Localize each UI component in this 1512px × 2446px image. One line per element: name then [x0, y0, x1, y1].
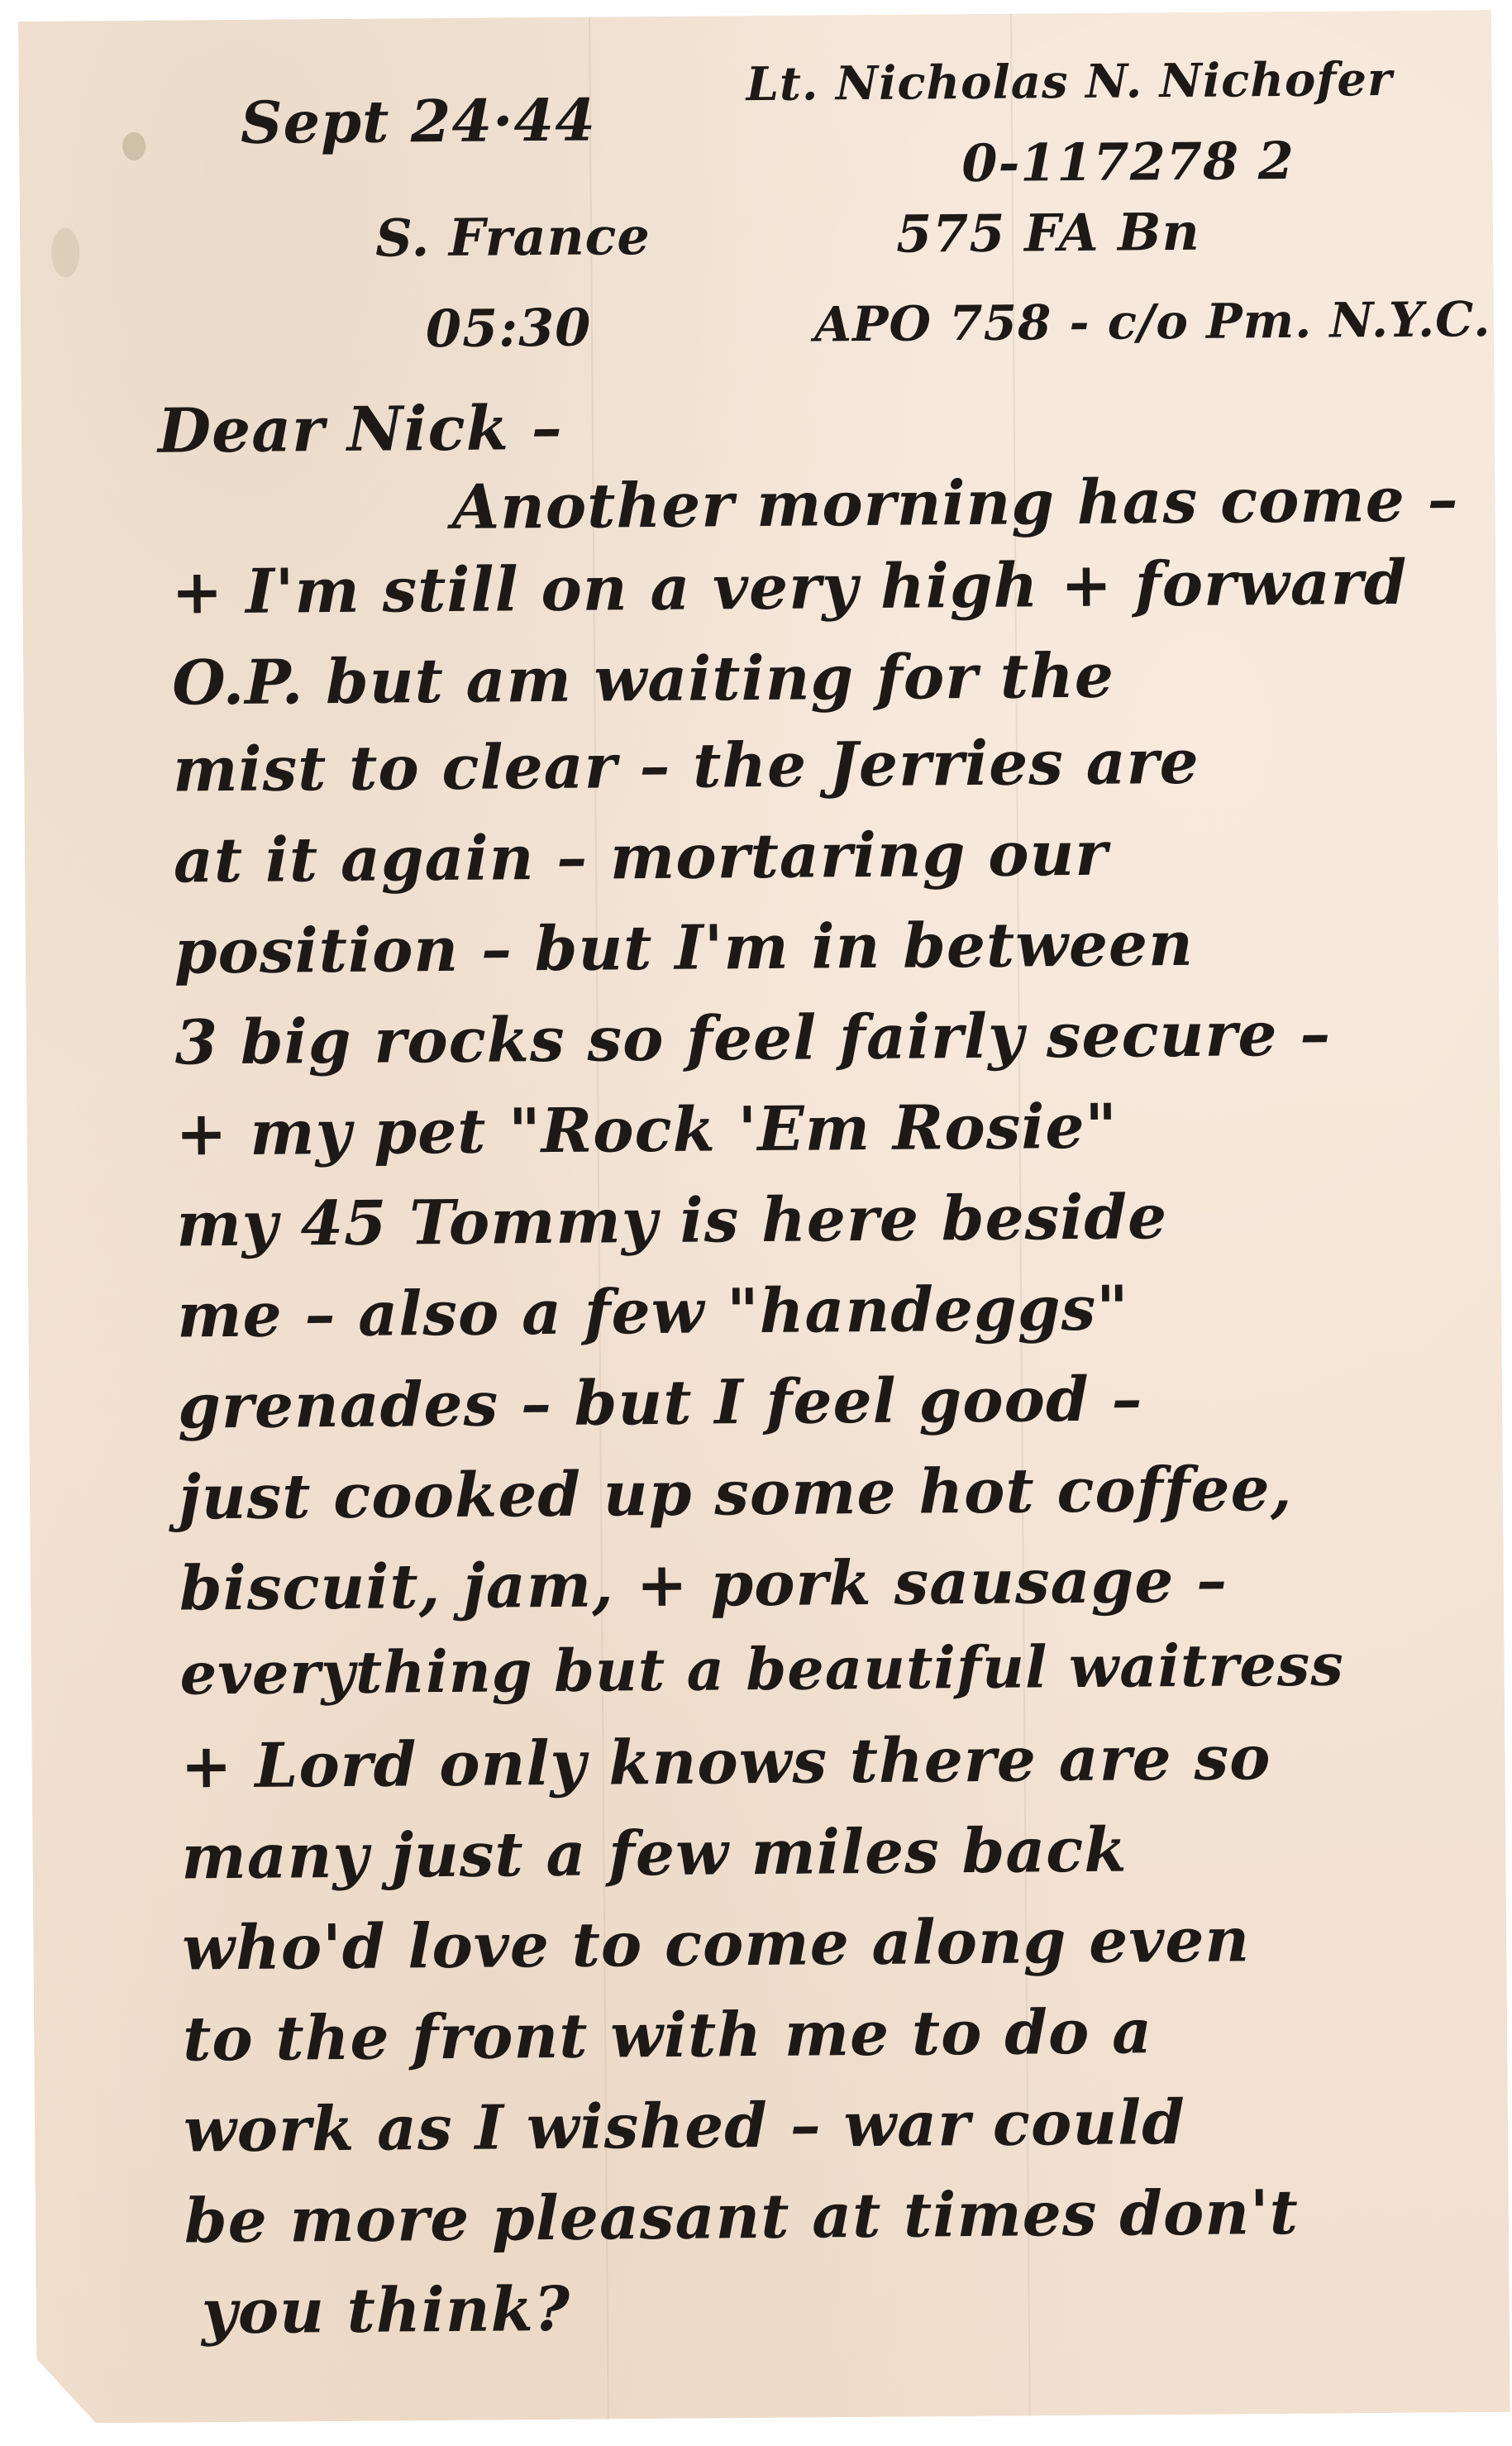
letter-line: + Lord only knows there are so — [180, 1727, 1271, 1797]
letter-time: 05:30 — [426, 303, 592, 356]
letter-line: O.P. but am waiting for the — [172, 646, 1114, 714]
folded-corner — [36, 2365, 95, 2424]
letter-line: be more pleasant at times don't — [184, 2182, 1300, 2253]
letter-line: at it again – mortaring our — [174, 824, 1109, 892]
letter-line: my 45 Tommy is here beside — [176, 1187, 1167, 1255]
letter-greeting: Dear Nick – — [158, 398, 563, 462]
letter-line: many just a few miles back — [181, 1820, 1128, 1889]
paper-stain — [51, 227, 79, 277]
letter-line: biscuit, jam, + pork sausage – — [179, 1550, 1228, 1620]
sender-serial: 0-117278 2 — [961, 136, 1295, 189]
paper-stain — [122, 132, 145, 160]
letter-line: you think? — [201, 2279, 570, 2343]
letter-line: just cooked up some hot coffee, — [179, 1459, 1293, 1529]
letter-line: grenades – but I feel good – — [178, 1369, 1143, 1437]
letter-line: work as I wished – war could — [184, 2092, 1185, 2162]
letter-line: Another morning has come – — [451, 469, 1459, 538]
letter-line: to the front with me to do a — [183, 2001, 1152, 2070]
letter-place: S. France — [375, 211, 651, 265]
letter-line: everything but a beautiful waitress — [179, 1636, 1344, 1703]
letter-line: who'd love to come along even — [182, 1909, 1250, 1979]
sender-unit: 575 FA Bn — [896, 207, 1200, 260]
letter-paper: Sept 24·44 S. France 05:30 Lt. Nicholas … — [18, 10, 1510, 2424]
letter-line: + I'm still on a very high + forward — [171, 552, 1408, 623]
letter-line: 3 big rocks so feel fairly secure – — [174, 1004, 1331, 1074]
sender-address: APO 758 - c/o Pm. N.Y.C. — [814, 295, 1491, 348]
letter-line: me – also a few "handeggs" — [177, 1278, 1129, 1346]
letter-date: Sept 24·44 — [241, 92, 596, 152]
letter-line: position – but I'm in between — [174, 914, 1195, 983]
sender-name: Lt. Nicholas N. Nichofer — [746, 56, 1392, 107]
letter-line: mist to clear – the Jerries are — [173, 732, 1200, 801]
letter-line: + my pet "Rock 'Em Rosie" — [175, 1096, 1118, 1165]
